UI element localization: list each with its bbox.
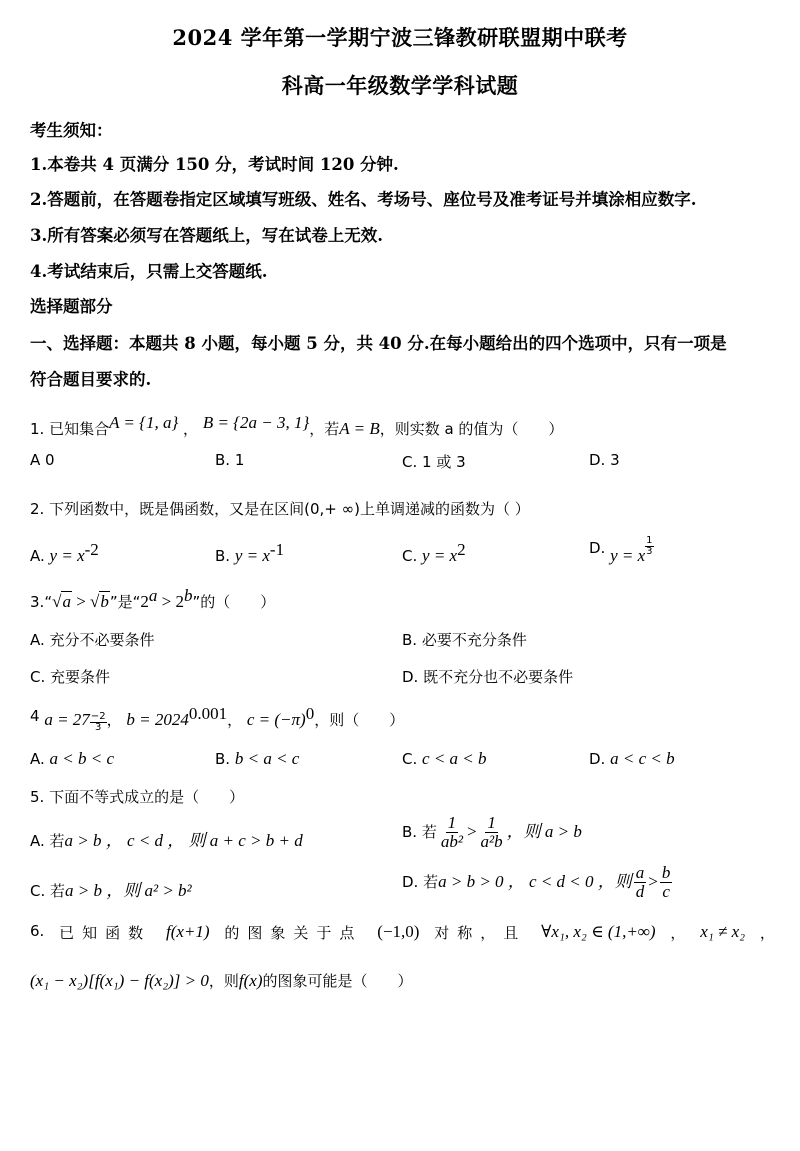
question-4-option-a[interactable]: A. a < b < c	[30, 749, 114, 769]
question-2-option-a[interactable]: A. y = x-2	[30, 540, 99, 566]
option-label: C. 若	[30, 882, 65, 900]
stem-text: 已知集合	[49, 420, 109, 438]
question-2-stem: 2. 下列函数中，既是偶函数，又是在区间(0,+ ∞)上单调递减的函数为（ ）	[30, 498, 530, 519]
question-number: 5.	[30, 788, 44, 806]
fraction: 1a²b	[479, 814, 505, 851]
option-label: D.	[589, 539, 605, 557]
question-1-option-a[interactable]: A 0	[30, 451, 55, 469]
option-label: A. 若	[30, 832, 65, 850]
stem-text: 的图象可能是（ ）	[263, 972, 413, 990]
math-base: 2	[140, 592, 149, 611]
option-math: y = x	[235, 546, 270, 565]
math-condition: A = B	[339, 419, 379, 438]
exponent: 0	[306, 704, 315, 723]
math-inequality: (x₁ − x₂)[f(x₁) − f(x₂)] > 0	[30, 971, 209, 990]
stem-text: 下列函数中，既是偶函数，又是在区间(0,+ ∞)上单调递减的函数为（ ）	[49, 500, 530, 518]
question-number: 3.	[30, 593, 44, 611]
option-label: D.	[589, 750, 605, 768]
exponent: 2	[457, 540, 466, 559]
exam-subtitle: 科高一年级数学学科试题	[0, 70, 800, 100]
option-math: ，则 a > b	[507, 822, 582, 841]
section-part-title: 选择题部分	[30, 293, 113, 317]
question-number: 2.	[30, 500, 44, 518]
stem-text: 对称，且	[434, 922, 526, 943]
option-math: a < c < b	[610, 749, 675, 768]
math-b: b = 2024	[126, 710, 188, 729]
question-1-option-d[interactable]: D. 3	[589, 451, 620, 469]
option-math: y = x	[610, 546, 645, 565]
exam-page: 2024 学年第一学期宁波三锋教研联盟期中联考 科高一年级数学学科试题 考生须知…	[0, 0, 800, 1151]
instruction-item: 4.考试结束后，只需上交答题纸.	[30, 258, 267, 282]
section-heading-cont: 符合题目要求的.	[30, 366, 151, 390]
option-math: b < a < c	[235, 749, 300, 768]
exponent: -2	[85, 540, 99, 559]
instruction-item: 1.本卷共 4 页满分 150 分，考试时间 120 分钟.	[30, 151, 399, 175]
stem-text: 下面不等式成立的是（ ）	[49, 788, 244, 806]
question-6-stem-line1: 6. 已知函数 f(x+1) 的图象关于点 (−1,0) 对称，且 ∀x₁, x…	[30, 922, 775, 943]
question-number: 4	[30, 707, 40, 725]
math-sqrt-a: a	[61, 591, 72, 611]
question-1-option-c[interactable]: C. 1 或 3	[402, 451, 466, 472]
fraction-exponent: 13	[645, 536, 653, 557]
math-sqrt-b: b	[99, 591, 110, 611]
question-6-stem-line2: (x₁ − x₂)[f(x₁) − f(x₂)] > 0，则f(x)的图象可能是…	[30, 970, 413, 991]
fraction: bc	[660, 864, 673, 901]
question-3-stem: 3.“√a > √b”是“2a > 2b”的（ ）	[30, 586, 275, 612]
question-3-option-c[interactable]: C. 充要条件	[30, 666, 110, 687]
stem-text: 已知函数	[59, 922, 151, 943]
fraction-exponent: −23	[90, 712, 107, 733]
stem-text: ，若	[309, 420, 339, 438]
math-function: f(x+1)	[166, 922, 210, 943]
option-label: B.	[215, 750, 230, 768]
math-set-a: A = {1, a}	[109, 413, 178, 432]
stem-text: “	[44, 593, 52, 611]
option-math: a > b ， c < d ， 则 a + c > b + d	[65, 831, 303, 850]
question-4-option-d[interactable]: D. a < c < b	[589, 749, 675, 769]
question-1-option-b[interactable]: B. 1	[215, 451, 244, 469]
question-3-option-b[interactable]: B. 必要不充分条件	[402, 629, 527, 650]
stem-text: ”是“	[110, 593, 141, 611]
question-5-option-a[interactable]: A. 若a > b ， c < d ， 则 a + c > b + d	[30, 826, 303, 851]
question-4-stem: 4 a = 27−23， b = 20240.001， c = (−π)0，则（…	[30, 704, 404, 733]
instructions-heading: 考生须知：	[30, 117, 113, 141]
option-math: a < b < c	[50, 749, 115, 768]
option-label: C.	[402, 750, 417, 768]
question-number: 1.	[30, 420, 44, 438]
question-2-option-c[interactable]: C. y = x2	[402, 540, 466, 566]
instruction-item: 2.答题前，在答题卷指定区域填写班级、姓名、考场号、座位号及准考证号并填涂相应数…	[30, 186, 696, 210]
exponent: -1	[270, 540, 284, 559]
question-5-option-d[interactable]: D. 若a > b > 0 ， c < d < 0 ，则ad>bc	[402, 864, 674, 901]
option-label: A.	[30, 750, 45, 768]
question-3-option-a[interactable]: A. 充分不必要条件	[30, 629, 155, 650]
stem-text: ，则实数 a 的值为（ ）	[380, 420, 564, 438]
question-2-option-d[interactable]: D. y = x13	[589, 538, 654, 561]
denominator: 3	[95, 723, 101, 733]
option-label: D. 若	[402, 873, 438, 891]
math-a: a = 27	[44, 710, 89, 729]
option-label: A.	[30, 547, 45, 565]
math-set-b: B = {2a − 3, 1}	[203, 413, 309, 432]
question-1-stem: 1. 已知集合A = {1, a} ， B = {2a − 3, 1}，若A =…	[30, 413, 563, 439]
stem-text: ，则（ ）	[314, 711, 404, 729]
denominator: 3	[646, 547, 652, 557]
math-c: c = (−π)	[247, 710, 306, 729]
question-4-option-c[interactable]: C. c < a < b	[402, 749, 487, 769]
fraction: 1ab²	[439, 814, 465, 851]
question-3-option-d[interactable]: D. 既不充分也不必要条件	[402, 666, 573, 687]
question-5-option-c[interactable]: C. 若a > b ，则 a² > b²	[30, 876, 192, 901]
math-function: f(x)	[239, 971, 263, 990]
fraction: ad	[634, 864, 647, 901]
math-condition: x₁ ≠ x₂	[700, 922, 745, 943]
option-label: B.	[215, 547, 230, 565]
math-point: (−1,0)	[377, 922, 419, 943]
question-2-option-b[interactable]: B. y = x-1	[215, 540, 284, 566]
exam-title: 2024 学年第一学期宁波三锋教研联盟期中联考	[0, 22, 800, 52]
question-4-option-b[interactable]: B. b < a < c	[215, 749, 299, 769]
option-label: B. 若	[402, 823, 437, 841]
option-math: c < a < b	[422, 749, 487, 768]
instruction-item: 3.所有答案必须写在答题纸上，写在试卷上无效.	[30, 222, 383, 246]
option-math: y = x	[50, 546, 85, 565]
option-math: y = x	[422, 546, 457, 565]
exponent: 0.001	[189, 704, 227, 723]
stem-text: ，则	[209, 972, 239, 990]
stem-text: ”的（ ）	[193, 593, 276, 611]
math-domain: ∀x₁, x₂ ∈ (1,+∞)	[541, 922, 655, 943]
question-number: 6.	[30, 922, 44, 943]
section-heading: 一、选择题：本题共 8 小题，每小题 5 分，共 40 分.在每小题给出的四个选…	[30, 330, 727, 354]
stem-text: 的图象关于点	[224, 922, 362, 943]
option-math: a > b > 0 ， c < d < 0 ，则	[438, 872, 632, 891]
question-5-option-b[interactable]: B. 若1ab²>1a²b，则 a > b	[402, 814, 582, 851]
option-label: C.	[402, 547, 417, 565]
option-math: a > b ，则 a² > b²	[65, 881, 192, 900]
question-5-stem: 5. 下面不等式成立的是（ ）	[30, 786, 244, 807]
